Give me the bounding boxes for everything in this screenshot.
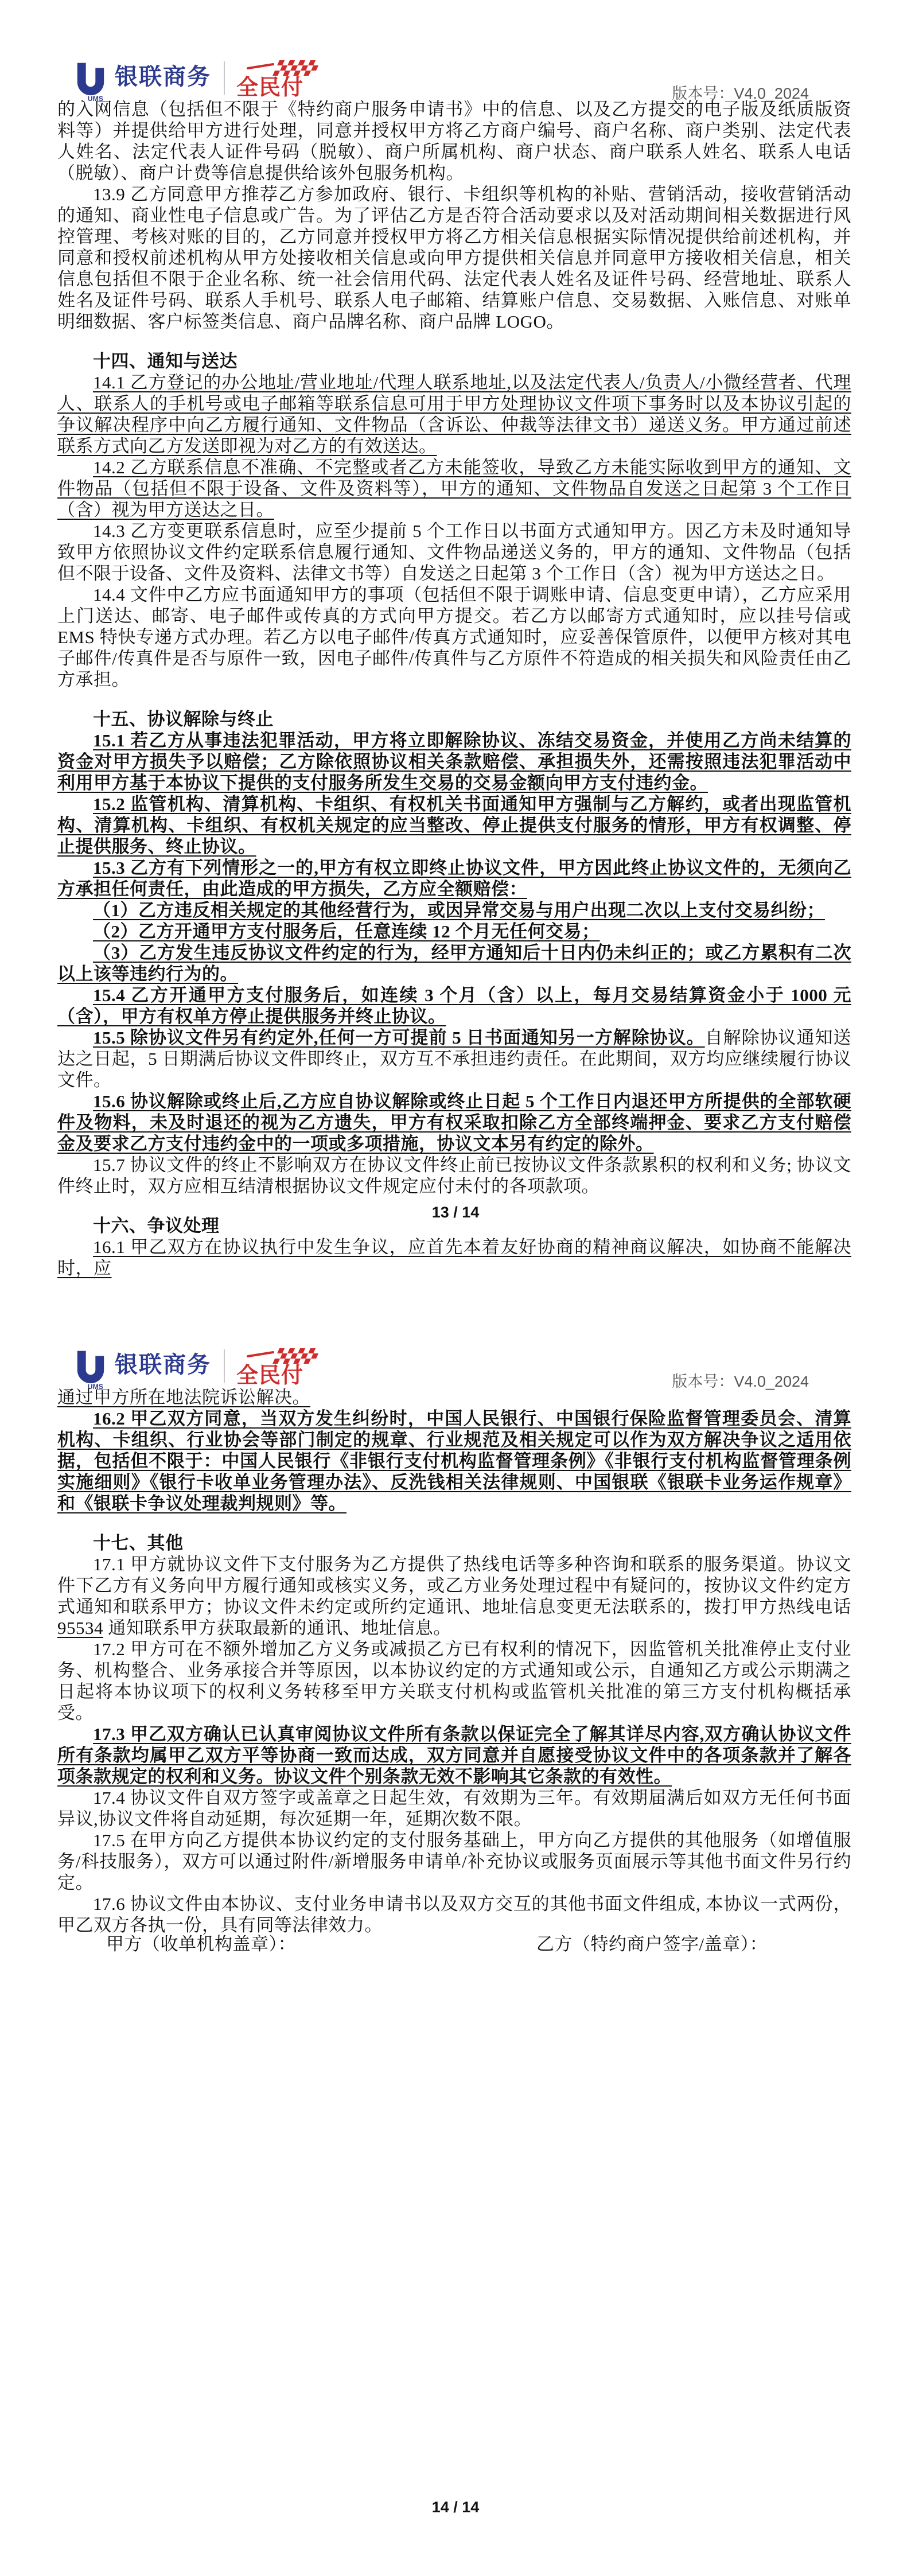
paragraph: 15.4 乙方开通甲方支付服务后，如连续 3 个月（含）以上，每月交易结算资金小… <box>57 985 851 1027</box>
text-run: 15.5 除协议文件另有约定外,任何一方可提前 5 日书面通知另一方解除协议。 <box>93 1028 705 1048</box>
paragraph: 14.3 乙方变更联系信息时，应至少提前 5 个工作日以书面方式通知甲方。因乙方… <box>57 520 851 584</box>
paragraph: 15.7 协议文件的终止不影响双方在协议文件终止前已按协议文件条款累积的权利和义… <box>57 1154 851 1197</box>
logo-divider <box>224 61 225 95</box>
text-run: 17.5 在甲方向乙方提供本协议约定的支付服务基础上，甲方向乙方提供的其他服务（… <box>57 1830 851 1893</box>
paragraph: 15.5 除协议文件另有约定外,任何一方可提前 5 日书面通知另一方解除协议。自… <box>57 1027 851 1091</box>
paragraph: 14.1 乙方登记的办公地址/营业地址/代理人联系地址,以及法定代表人/负责人/… <box>57 372 851 457</box>
text-run: 15.3 乙方有下列情形之一的,甲方有权立即终止协议文件，甲方因此终止协议文件的… <box>57 858 851 899</box>
text-run: 13.9 乙方同意甲方推荐乙方参加政府、银行、卡组织等机构的补贴、营销活动，接收… <box>57 184 851 332</box>
paragraph: 14.4 文件中乙方应书面通知甲方的事项（包括但不限于调账申请、信息变更申请），… <box>57 584 851 690</box>
paragraph: 17.2 甲方可在不额外增加乙方义务或减损乙方已有权利的情况下，因监管机关批准停… <box>57 1639 851 1723</box>
paragraph: 14.2 乙方联系信息不准确、不完整或者乙方未能签收，导致乙方未能实际收到甲方的… <box>57 457 851 520</box>
paragraph: （2）乙方开通甲方支付服务后，任意连续 12 个月无任何交易； <box>57 921 851 942</box>
paragraph: 17.5 在甲方向乙方提供本协议约定的支付服务基础上，甲方向乙方提供的其他服务（… <box>57 1830 851 1893</box>
product-name: 全民付 <box>236 76 303 99</box>
quanminfu-logo: 全民付 <box>236 1347 327 1387</box>
page-body: 通过甲方所在地法院诉讼解决。16.2 甲乙双方同意，当双方发生纠纷时，中国人民银… <box>57 1387 851 1936</box>
ums-logo: UMS 银联商务 全民 <box>75 1347 327 1392</box>
text-run: （1）乙方违反相关规定的其他经营行为，或因异常交易与用户出现二次以上支付交易纠纷… <box>93 900 825 920</box>
text-run: 17.1 甲方就协议文件下支付服务为乙方提供了热线电话等多种咨询和联系的服务渠道… <box>57 1554 851 1617</box>
checkered-flag-icon <box>247 59 327 76</box>
text-run: 的入网信息（包括但不限于《特约商户服务申请书》中的信息、以及乙方提交的电子版及纸… <box>57 99 851 183</box>
text-run: 15.6 协议解除或终止后,乙方应自协议解除或终止日起 5 个工作日内退还甲方所… <box>57 1091 851 1154</box>
text-run: （2）乙方开通甲方支付服务后，任意连续 12 个月无任何交易； <box>93 921 600 941</box>
paragraph: 17.1 甲方就协议文件下支付服务为乙方提供了热线电话等多种咨询和联系的服务渠道… <box>57 1554 851 1639</box>
brand-name: 银联商务 <box>115 59 211 95</box>
text-run: 15.1 若乙方从事违法犯罪活动，甲方将立即解除协议、冻结交易资金，并使用乙方尚… <box>57 730 851 793</box>
paragraph: 15.3 乙方有下列情形之一的,甲方有权立即终止协议文件，甲方因此终止协议文件的… <box>57 857 851 900</box>
product-name: 全民付 <box>236 1364 303 1387</box>
text-run: 14.3 乙方变更联系信息时，应至少提前 5 个工作日以书面方式通知甲方。因乙方… <box>57 521 851 583</box>
text-run: 17.4 协议文件自双方签字或盖章之日起生效，有效期为三年。有效期届满后如双方无… <box>57 1788 851 1829</box>
text-run: 通过甲方所在地法院诉讼解决。 <box>57 1387 310 1407</box>
paragraph: 15.2 监管机构、清算机构、卡组织、有权机关书面通知甲方强制与乙方解约，或者出… <box>57 793 851 857</box>
section-heading: 十四、通知与送达 <box>57 351 851 372</box>
page-14: UMS 银联商务 全民 <box>0 1288 911 2576</box>
paragraph: 16.1 甲乙双方在协议执行中发生争议，应首先本着友好协商的精神商议解决，如协商… <box>57 1236 851 1279</box>
paragraph: 13.9 乙方同意甲方推荐乙方参加政府、银行、卡组织等机构的补贴、营销活动，接收… <box>57 184 851 332</box>
section-heading: 十五、协议解除与终止 <box>57 709 851 730</box>
text-run: 95534 <box>57 1618 103 1638</box>
party-a-signature-label: 甲方（收单机构盖章）： <box>106 1929 296 1955</box>
paragraph: 的入网信息（包括但不限于《特约商户服务申请书》中的信息、以及乙方提交的电子版及纸… <box>57 99 851 184</box>
paragraph: 16.2 甲乙双方同意，当双方发生纠纷时，中国人民银行、中国银行保险监督管理委员… <box>57 1408 851 1514</box>
text-run: 通知联系甲方获取最新的通讯、地址信息。 <box>103 1618 451 1638</box>
ums-u-icon: UMS <box>75 1347 107 1392</box>
party-b-signature-label: 乙方（特约商户签字/盖章）： <box>536 1929 768 1955</box>
page-number: 14 / 14 <box>0 2499 911 2516</box>
text-run: 15.2 监管机构、清算机构、卡组织、有权机关书面通知甲方强制与乙方解约，或者出… <box>57 794 851 857</box>
logo-divider <box>224 1349 225 1383</box>
text-run: 十四、通知与送达 <box>93 351 238 371</box>
paragraph: （3）乙方发生违反协议文件约定的行为，经甲方通知后十日内仍未纠正的；或乙方累积有… <box>57 942 851 985</box>
text-run: 14.1 乙方登记的办公地址/营业地址/代理人联系地址,以及法定代表人/负责人/… <box>57 372 851 456</box>
quanminfu-logo: 全民付 <box>236 59 327 99</box>
text-run: 14.4 文件中乙方应书面通知甲方的事项（包括但不限于调账申请、信息变更申请），… <box>57 585 851 690</box>
paragraph: 15.1 若乙方从事违法犯罪活动，甲方将立即解除协议、冻结交易资金，并使用乙方尚… <box>57 730 851 793</box>
text-run: 十七、其他 <box>93 1533 184 1553</box>
section-heading: 十七、其他 <box>57 1532 851 1554</box>
text-run: 16.2 甲乙双方同意，当双方发生纠纷时，中国人民银行、中国银行保险监督管理委员… <box>57 1408 851 1513</box>
brand-name: 银联商务 <box>115 1347 211 1383</box>
text-run: 15.4 乙方开通甲方支付服务后，如连续 3 个月（含）以上，每月交易结算资金小… <box>57 985 851 1026</box>
text-run: 17.2 甲方可在不额外增加乙方义务或减损乙方已有权利的情况下，因监管机关批准停… <box>57 1639 851 1723</box>
paragraph: 通过甲方所在地法院诉讼解决。 <box>57 1387 851 1408</box>
paragraph: （1）乙方违反相关规定的其他经营行为，或因异常交易与用户出现二次以上支付交易纠纷… <box>57 900 851 921</box>
paragraph: 15.6 协议解除或终止后,乙方应自协议解除或终止日起 5 个工作日内退还甲方所… <box>57 1091 851 1154</box>
page-13: UMS 银联商务 全民 <box>0 0 911 1288</box>
ums-logo: UMS 银联商务 全民 <box>75 59 327 104</box>
text-run: 16.1 甲乙双方在协议执行中发生争议，应首先本着友好协商的精神商议解决，如协商… <box>57 1237 851 1278</box>
text-run: 十五、协议解除与终止 <box>93 709 274 729</box>
paragraph: 17.4 协议文件自双方签字或盖章之日起生效，有效期为三年。有效期届满后如双方无… <box>57 1787 851 1830</box>
contract-document: UMS 银联商务 全民 <box>0 0 911 2576</box>
text-run: 17.3 甲乙双方确认已认真审阅协议文件所有条款以保证完全了解其详尽内容,双方确… <box>57 1724 851 1787</box>
checkered-flag-icon <box>247 1347 327 1364</box>
text-run: 15.7 协议文件的终止不影响双方在协议文件终止前已按协议文件条款累积的权利和义… <box>57 1155 851 1196</box>
text-run: 14.2 乙方联系信息不准确、不完整或者乙方未能签收，导致乙方未能实际收到甲方的… <box>57 457 851 520</box>
text-run: （3）乙方发生违反协议文件约定的行为，经甲方通知后十日内仍未纠正的；或乙方累积有… <box>57 943 851 984</box>
page-body: 的入网信息（包括但不限于《特约商户服务申请书》中的信息、以及乙方提交的电子版及纸… <box>57 99 851 1279</box>
ums-u-icon: UMS <box>75 59 107 104</box>
paragraph: 17.3 甲乙双方确认已认真审阅协议文件所有条款以保证完全了解其详尽内容,双方确… <box>57 1723 851 1787</box>
page-number: 13 / 14 <box>0 1204 911 1221</box>
